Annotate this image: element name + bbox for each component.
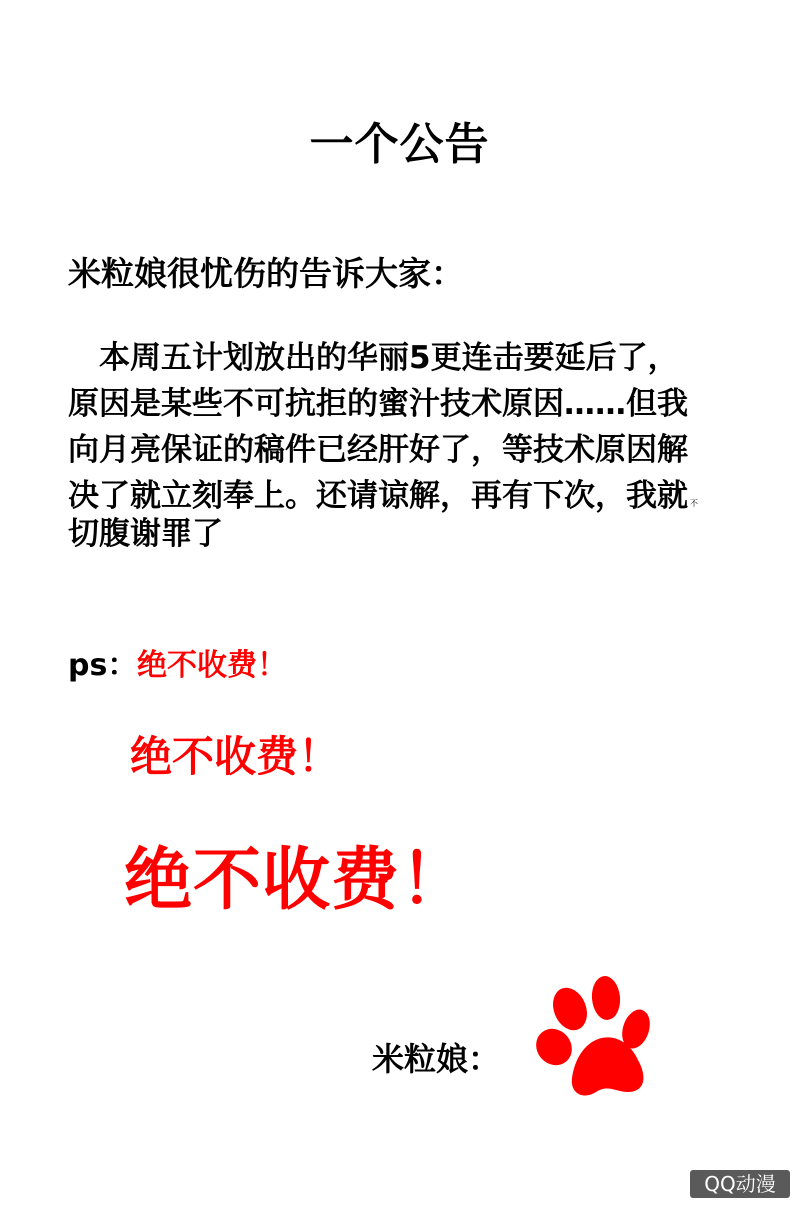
page-title: 一个公告 [0, 108, 799, 172]
signature: 米粒娘： [372, 1034, 500, 1080]
body-line-3: 向月亮保证的稿件已经肝好了，等技术原因解 [68, 424, 688, 469]
body-line-1: 本周五计划放出的华丽5更连击要延后了， [68, 332, 679, 377]
ps-emphasis-large: 绝不收费！ [124, 826, 469, 923]
watermark-badge: QQ动漫 [690, 1170, 790, 1198]
ps-emphasis-medium: 绝不收费！ [130, 724, 340, 784]
tiny-note: 不 [690, 499, 698, 508]
body-line-5: 切腹谢罪了 [68, 508, 223, 553]
paw-print-icon [530, 970, 660, 1105]
body-line-2: 原因是某些不可抗拒的蜜汁技术原因……但我 [68, 378, 688, 423]
ps-label: ps： [68, 640, 137, 684]
greeting-line: 米粒娘很忧伤的告诉大家： [68, 248, 464, 295]
ps-emphasis-small: 绝不收费！ [137, 640, 287, 684]
